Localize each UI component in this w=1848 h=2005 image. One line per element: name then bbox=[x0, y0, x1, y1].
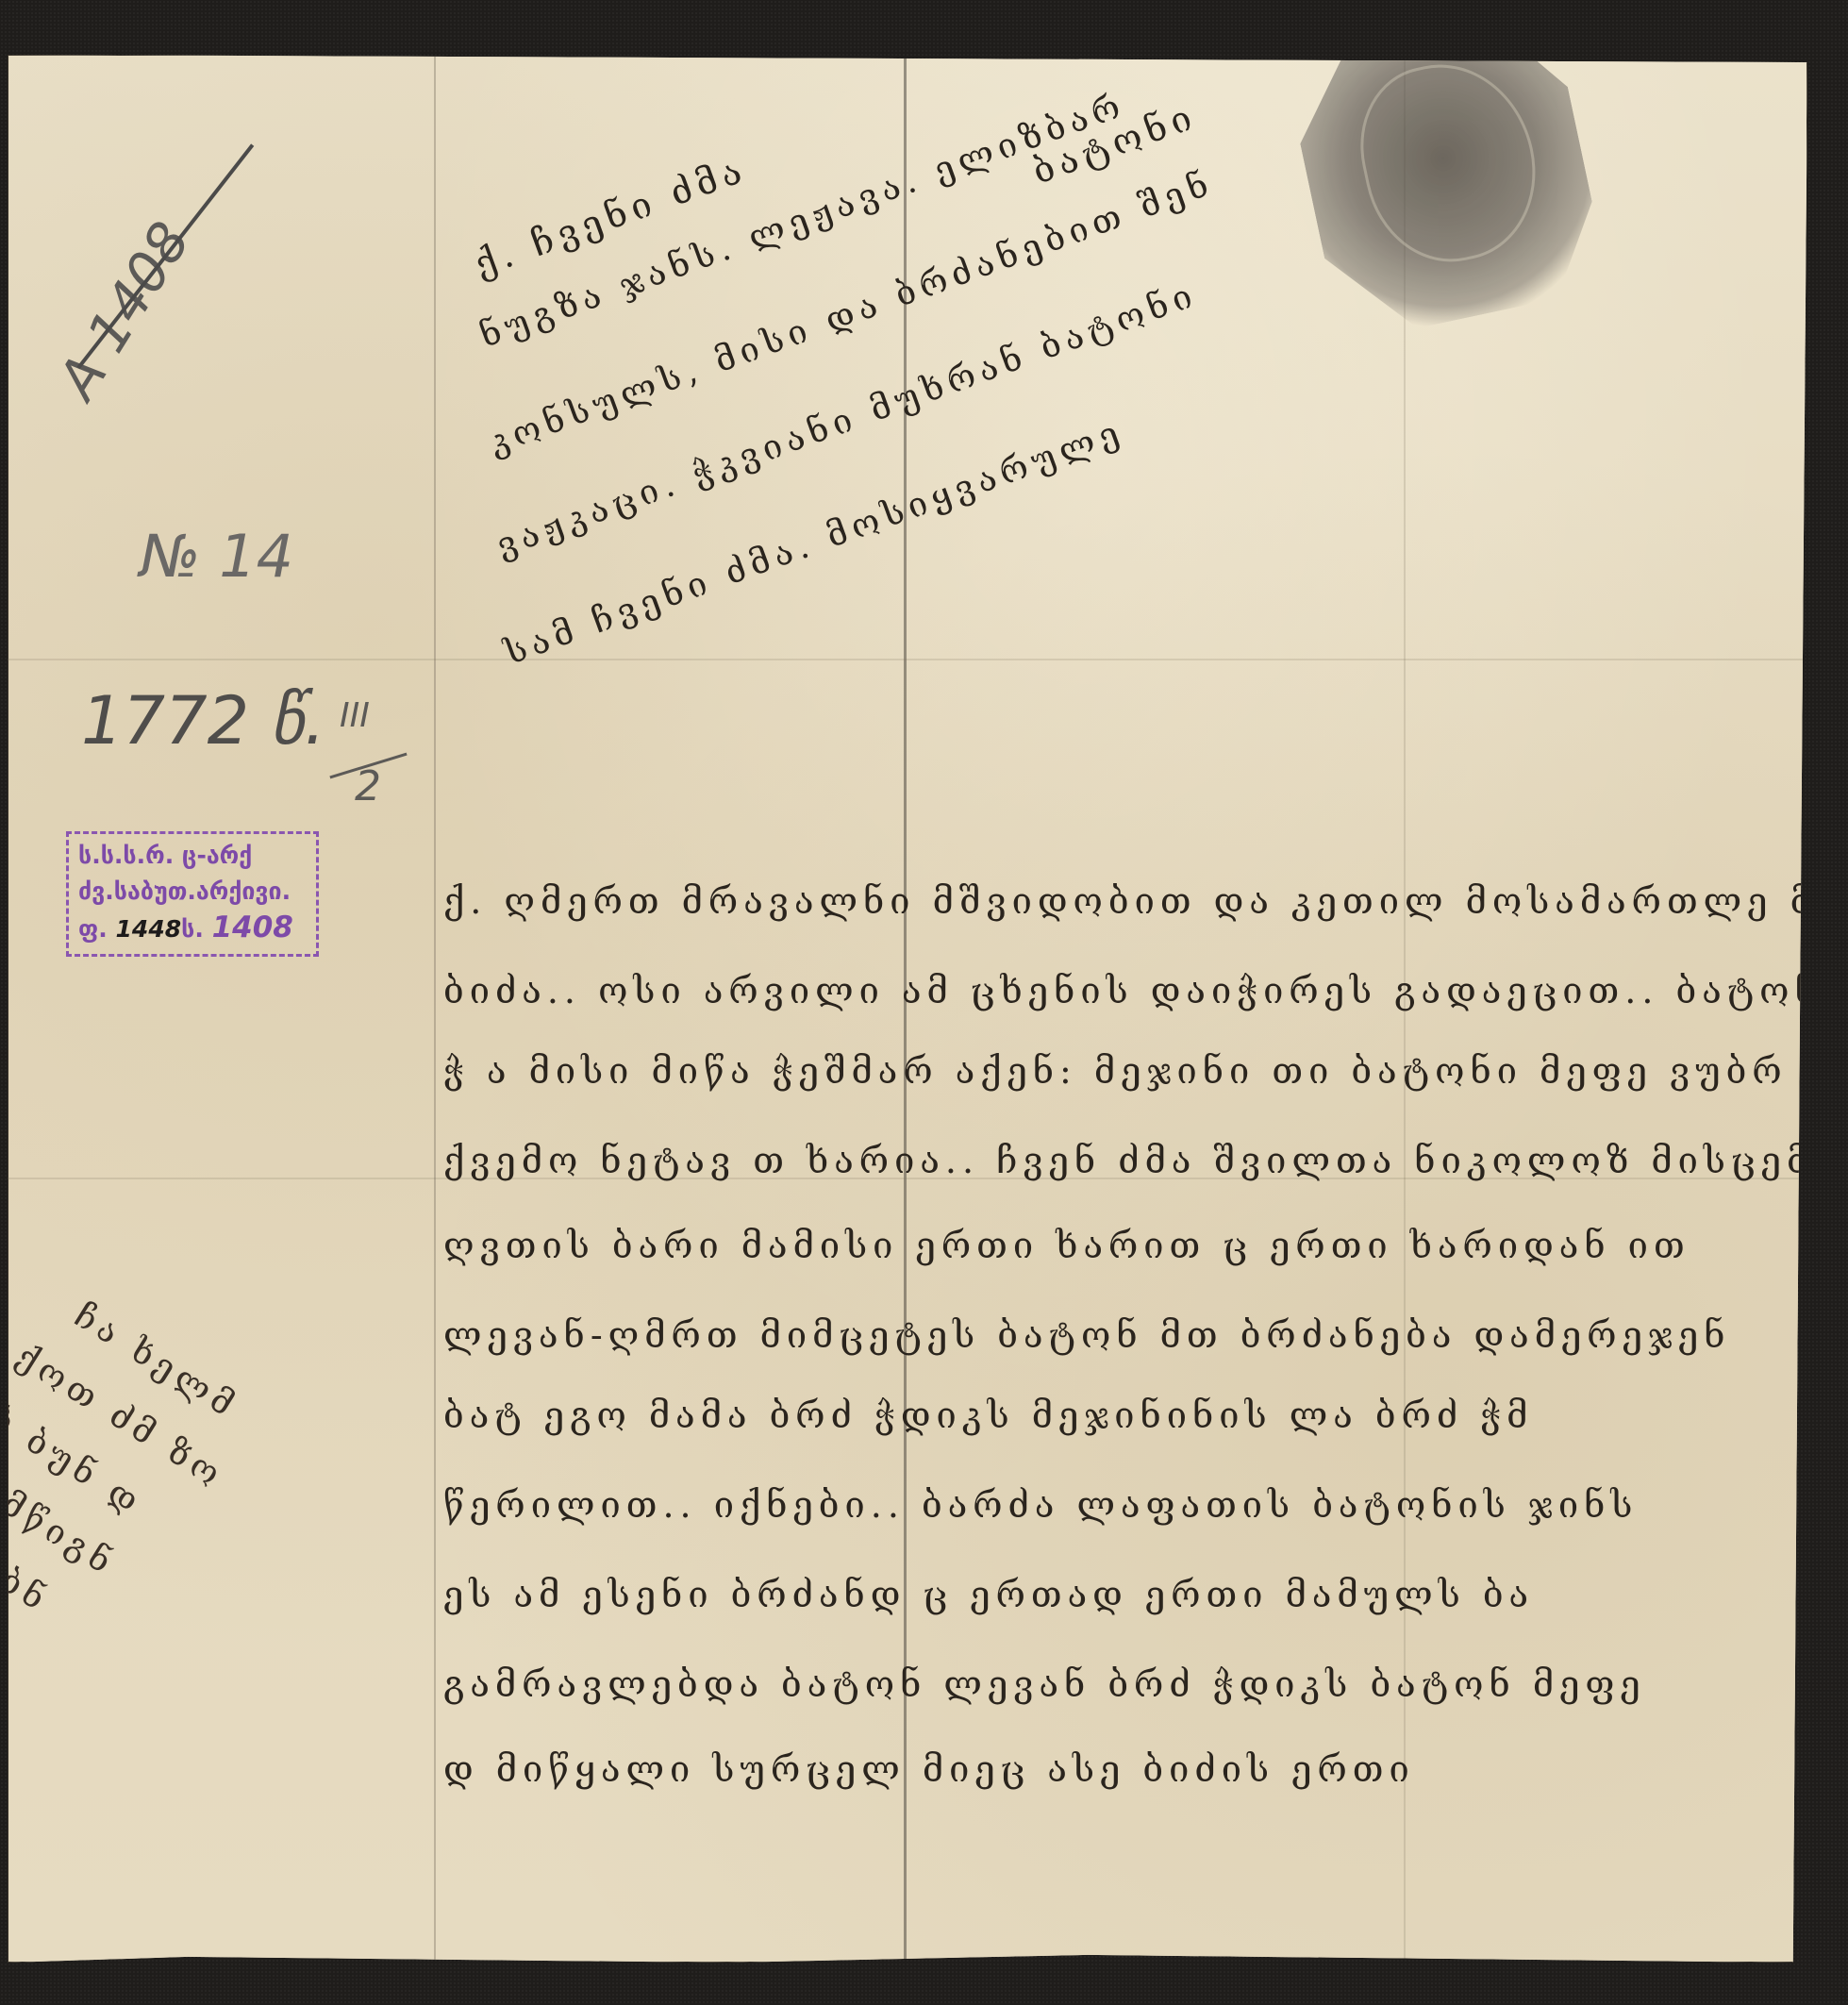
wax-seal-icon bbox=[1282, 1, 1610, 344]
fold-line-horizontal bbox=[8, 659, 1807, 660]
letter-line: ღვთის ბარი მამისი ერთი ხარით ც ერთი ხარი… bbox=[443, 1225, 1690, 1266]
letter-line: ქ. ღმერთ მრავალნი მშვიდობით და კეთილ მოს… bbox=[443, 880, 1848, 922]
stamp-fond-suffix: ს. bbox=[181, 915, 204, 943]
letter-line: ქვემო ნეტავ თ ხარია.. ჩვენ ძმა შვილთა ნი… bbox=[443, 1140, 1813, 1181]
fold-line-vertical bbox=[434, 55, 436, 1963]
fraction-top: III bbox=[340, 696, 370, 735]
stamp-fond-prefix: ფ. bbox=[78, 915, 108, 943]
archive-stamp: ს.ს.ს.რ. ც-არქ ძვ.საბუთ.არქივი. ფ. 1448ს… bbox=[66, 831, 319, 957]
letter-line: გამრავლებდა ბატონ ლევან ბრძ ჭდიკს ბატონ … bbox=[443, 1663, 1646, 1705]
stamp-item-number: 1408 bbox=[212, 911, 293, 944]
stamp-line-3: ფ. 1448ს. 1408 bbox=[78, 910, 307, 947]
shelfmark: 1772 წ. bbox=[81, 682, 325, 760]
letter-line: ბატ ეგო მამა ბრძ ჭდიკს მეჯინინის ლა ბრძ … bbox=[443, 1395, 1533, 1436]
letter-line: დ მიწყალი სურცელ მიეც ასე ბიძის ერთი bbox=[443, 1748, 1415, 1790]
stamp-line-2: ძვ.საბუთ.არქივი. bbox=[78, 874, 307, 910]
catalogue-underline bbox=[76, 143, 254, 369]
letter-line: ჭ ა მისი მიწა ჭეშმარ აქენ: მეჯინი თი ბატ… bbox=[443, 1050, 1788, 1092]
letter-line: ლევან-ღმრთ მიმცეტეს ბატონ მთ ბრძანება და… bbox=[443, 1314, 1730, 1356]
stamp-line-1: ს.ს.ს.რ. ც-არქ bbox=[78, 838, 307, 874]
letter-line: ეს ამ ესენი ბრძანდ ც ერთად ერთი მამულს ბ… bbox=[443, 1574, 1534, 1615]
letter-line: წერილით.. იქნები.. ბარძა ლაფათის ბატონის… bbox=[443, 1484, 1638, 1526]
item-number: № 14 bbox=[140, 522, 293, 591]
fraction-bottom: 2 bbox=[355, 762, 381, 810]
stamp-fond-number: 1448 bbox=[116, 915, 182, 943]
letter-line: ბიძა.. ოსი არვილი ამ ცხენის დაიჭირეს გად… bbox=[443, 970, 1822, 1011]
manuscript-page: A 1408 № 14 1772 წ. III 2 ს.ს.ს.რ. ც-არქ… bbox=[8, 55, 1807, 1963]
